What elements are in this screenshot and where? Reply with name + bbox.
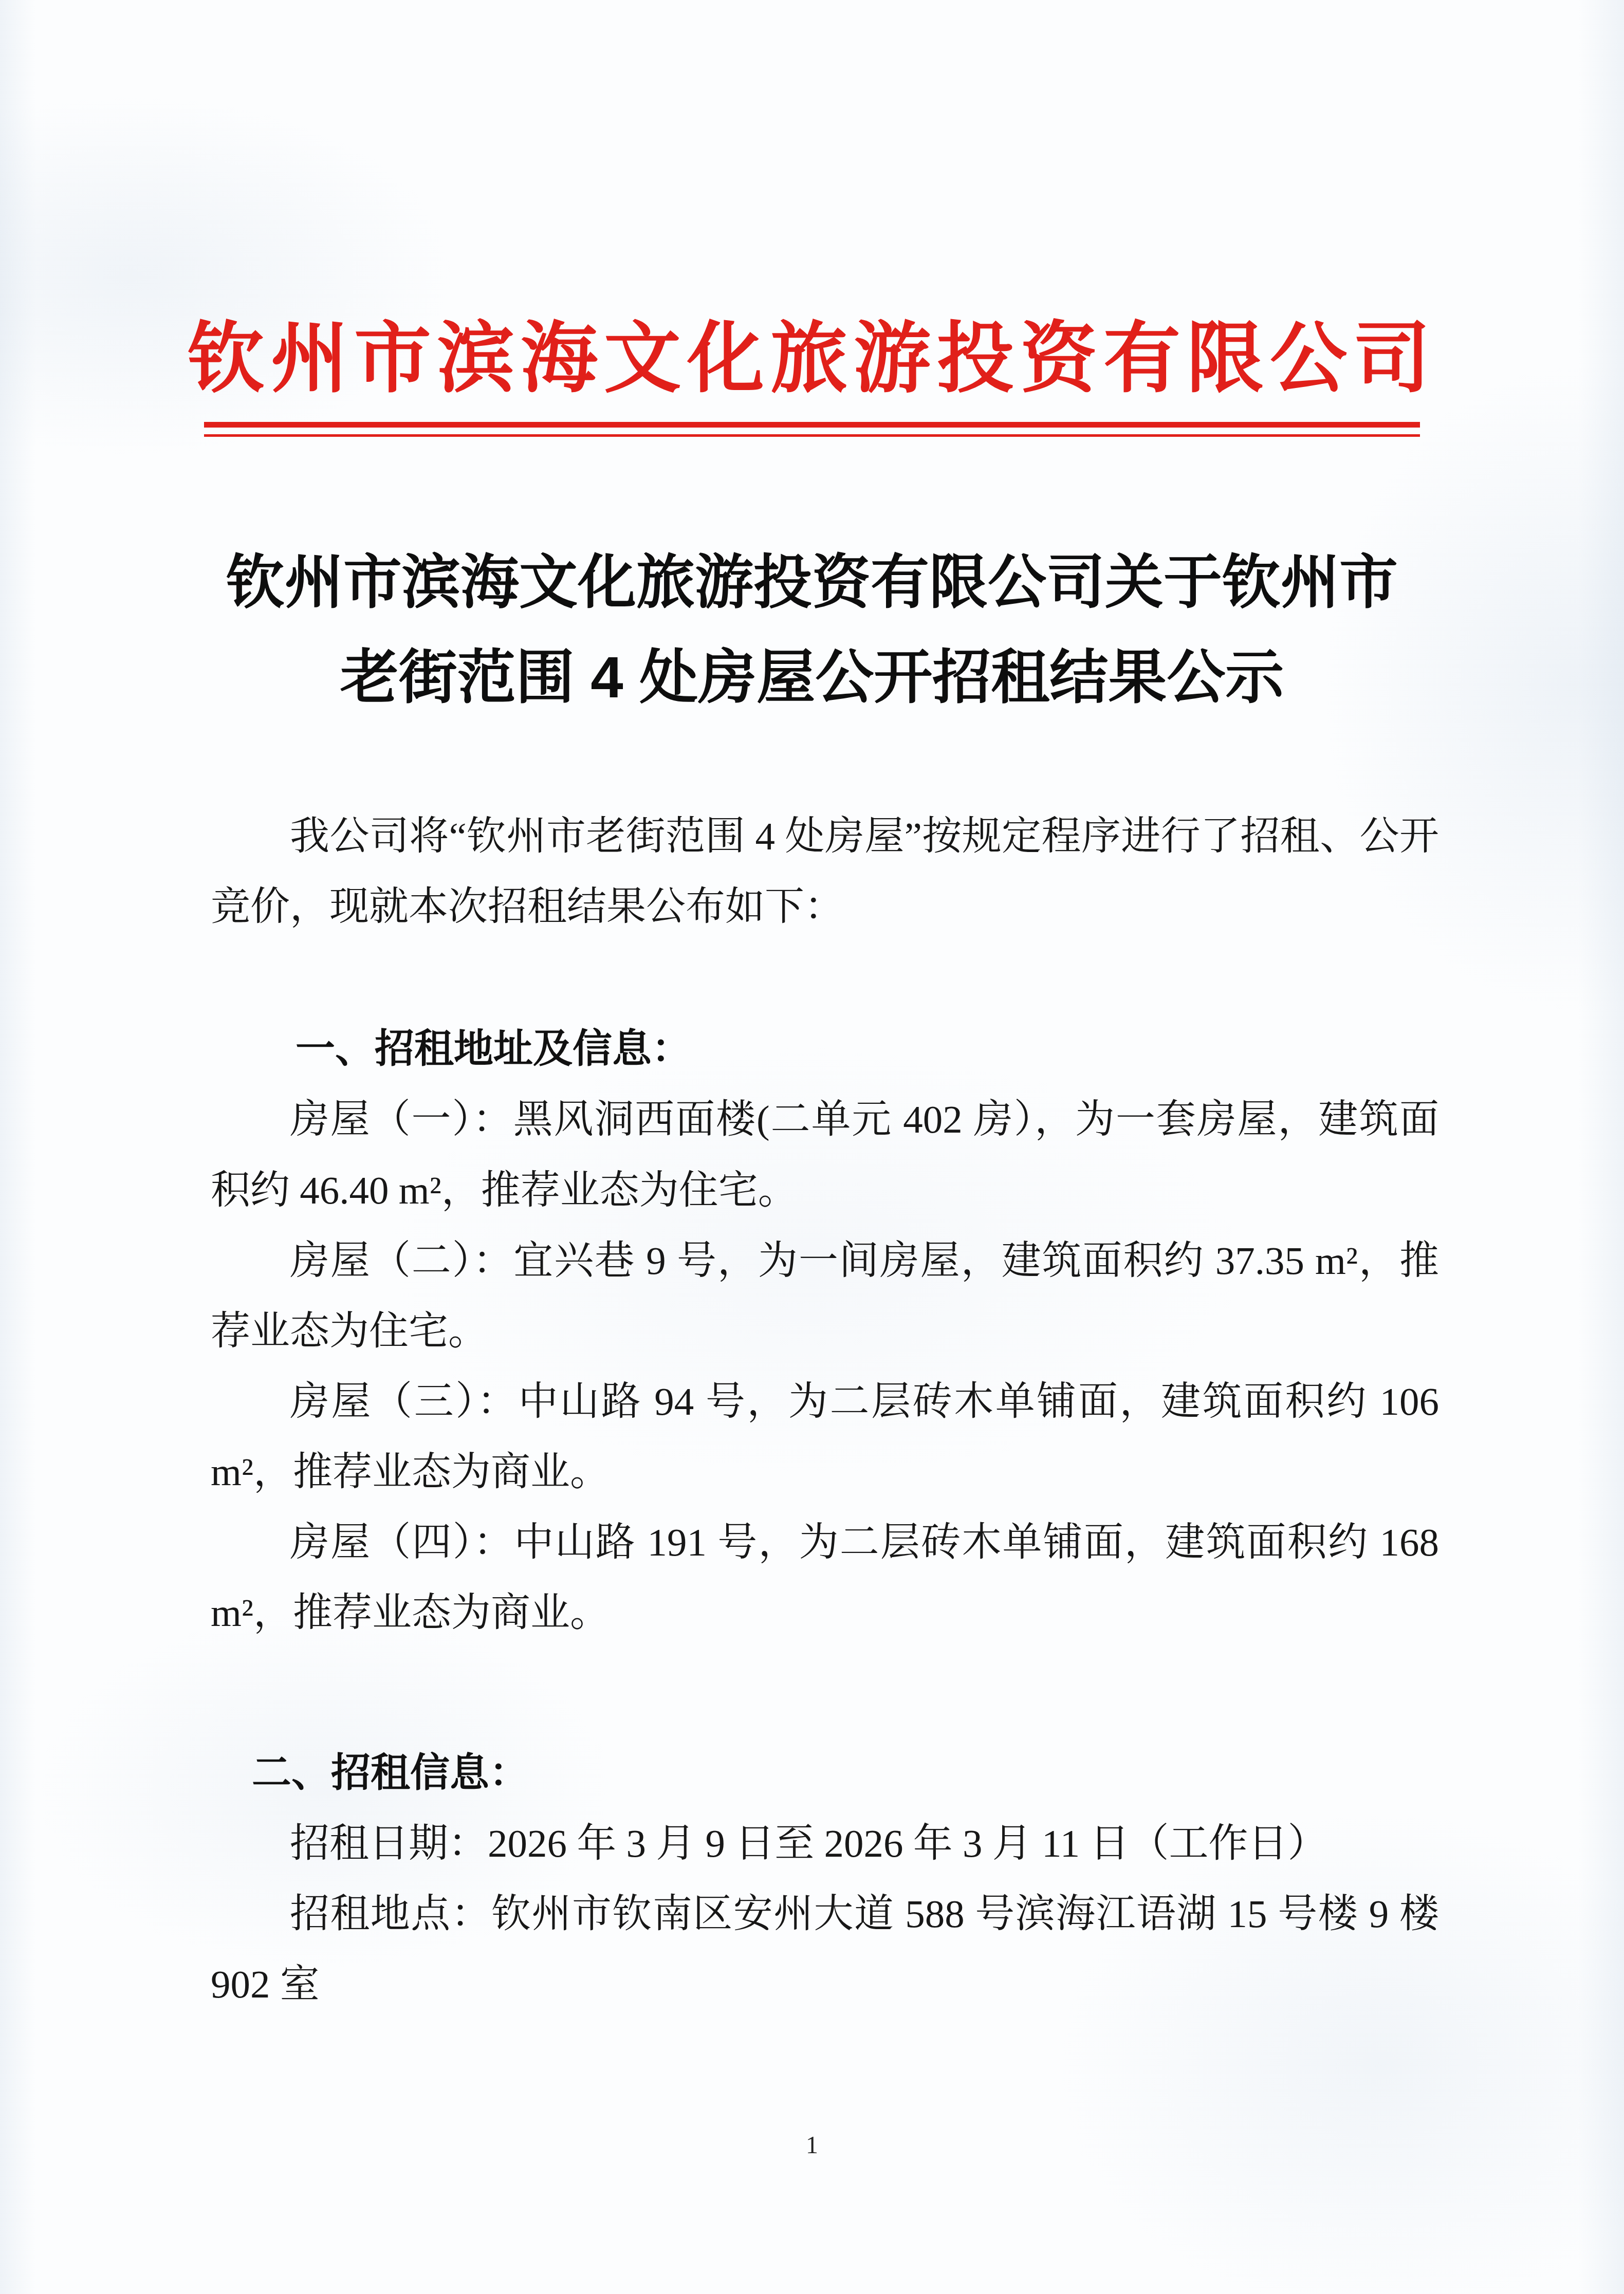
- document-title-line-1: 钦州市滨海文化旅游投资有限公司关于钦州市: [226, 550, 1398, 615]
- letterhead-divider: [204, 422, 1420, 437]
- house-item-3: 房屋（三）：中山路 94 号，为二层砖木单铺面，建筑面积约 106 m²，推荐业…: [211, 1366, 1439, 1507]
- document-title-line-2: 老街范围 4 处房屋公开招租结果公示: [340, 645, 1284, 710]
- section2-heading: 二、招租信息：: [211, 1738, 1439, 1808]
- house-item-2: 房屋（二）：宜兴巷 9 号，为一间房屋，建筑面积约 37.35 m²，推荐业态为…: [211, 1226, 1439, 1366]
- document-title: 钦州市滨海文化旅游投资有限公司关于钦州市 老街范围 4 处房屋公开招租结果公示: [0, 535, 1624, 725]
- document-body: 我公司将“钦州市老街范围 4 处房屋”按规定程序进行了招租、公开竞价，现就本次招…: [211, 801, 1439, 2020]
- scanned-document-page: 钦州市滨海文化旅游投资有限公司 钦州市滨海文化旅游投资有限公司关于钦州市 老街范…: [0, 0, 1624, 2294]
- rent-location-line: 招租地点：钦州市钦南区安州大道 588 号滨海江语湖 15 号楼 9 楼 902…: [211, 1879, 1439, 2020]
- intro-paragraph: 我公司将“钦州市老街范围 4 处房屋”按规定程序进行了招租、公开竞价，现就本次招…: [211, 801, 1439, 942]
- section1-heading: 一、招租地址及信息：: [211, 1014, 1439, 1084]
- page-number: 1: [0, 2131, 1624, 2159]
- house-item-4: 房屋（四）：中山路 191 号，为二层砖木单铺面，建筑面积约 168 m²，推荐…: [211, 1507, 1439, 1648]
- rent-date-line: 招租日期：2026 年 3 月 9 日至 2026 年 3 月 11 日（工作日…: [211, 1808, 1439, 1879]
- house-item-1: 房屋（一）：黑风洞西面楼(二单元 402 房），为一套房屋，建筑面积约 46.4…: [211, 1084, 1439, 1225]
- letterhead-company-name: 钦州市滨海文化旅游投资有限公司: [0, 0, 1624, 399]
